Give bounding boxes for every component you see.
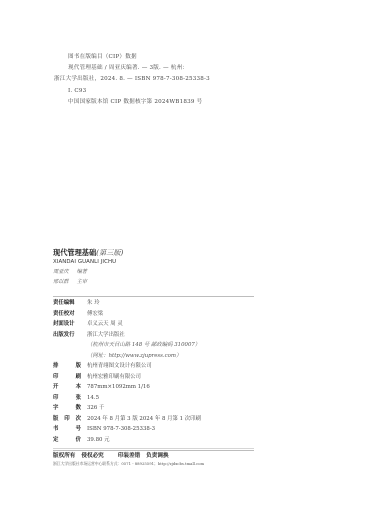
detail-cover-design: 封面设计 卓义云天 周 灵	[53, 319, 201, 330]
detail-label: 定价	[53, 435, 81, 446]
publisher-address: （杭州市天目山路 148 号 邮政编码 310007）	[53, 340, 201, 351]
book-title-block: 现代管理基础(第三版) XIANDAI GUANLI JICHU 周亚庆编著 邢…	[53, 248, 123, 287]
publisher-contact: 浙江大学出版社市场运营中心联系方式：0571 - 88925591；http:/…	[53, 461, 204, 467]
publisher-website: （网址：http://www.zjupress.com）	[53, 351, 201, 362]
divider-bottom-thin	[53, 448, 254, 449]
detail-label: 印刷	[53, 372, 81, 383]
author-name: 周亚庆	[53, 269, 69, 275]
book-title-pinyin: XIANDAI GUANLI JICHU	[53, 258, 123, 267]
book-edition: (第三版)	[96, 248, 123, 257]
detail-label: 字数	[53, 403, 81, 414]
detail-value: 卓义云天 周 灵	[87, 319, 123, 330]
detail-label: 出版发行	[53, 330, 87, 341]
cip-line-4: 中国国家版本馆 CIP 数据核字第 2024WB1839 号	[68, 97, 210, 108]
detail-value: 787mm×1092mm 1/16	[87, 382, 150, 393]
author-credit: 周亚庆编著	[53, 267, 123, 277]
detail-label: 封面设计	[53, 319, 87, 330]
detail-format: 开本 787mm×1092mm 1/16	[53, 382, 201, 393]
copyright-page: 图书在版编目（CIP）数据 现代管理基础 / 周亚庆编著. — 3版. — 杭州…	[0, 0, 375, 516]
detail-proofreader: 责任校对 傅宏梁	[53, 309, 201, 320]
detail-printing: 印刷 杭州宏雅印刷有限公司	[53, 372, 201, 383]
rights-notice: 版权所有侵权必究印装差错负责调换	[53, 452, 175, 461]
reviewer-credit: 邢以群主审	[53, 277, 123, 287]
cip-line-1: 现代管理基础 / 周亚庆编著. — 3版. — 杭州：	[68, 63, 210, 74]
rights-infringement: 侵权必究	[81, 453, 103, 459]
detail-label: 责任编辑	[53, 298, 87, 309]
publication-details: 责任编辑 朱 玲 责任校对 傅宏梁 封面设计 卓义云天 周 灵 出版发行 浙江大…	[53, 298, 201, 445]
cip-line-2: 浙江大学出版社，2024. 8. — ISBN 978-7-308-25338-…	[54, 74, 210, 85]
author-role: 编著	[77, 269, 87, 275]
detail-value: 杭州青翊图文设计有限公司	[87, 361, 152, 372]
detail-typesetting: 排版 杭州青翊图文设计有限公司	[53, 361, 201, 372]
divider-top	[53, 296, 254, 297]
detail-value: 杭州宏雅印刷有限公司	[87, 372, 141, 383]
cip-line-3: Ⅰ. C93	[68, 86, 210, 97]
book-title: 现代管理基础(第三版)	[53, 248, 123, 258]
detail-label: 开本	[53, 382, 81, 393]
detail-price: 定价 39.80 元	[53, 435, 201, 446]
detail-value: 2024 年 8 月第 3 版 2024 年 8 月第 1 次印刷	[87, 414, 201, 425]
rights-printing-errors: 印装差错	[118, 453, 140, 459]
detail-value: 39.80 元	[87, 435, 110, 446]
cip-heading: 图书在版编目（CIP）数据	[68, 52, 210, 63]
detail-sheets: 印张 14.5	[53, 393, 201, 404]
detail-value: 326 千	[87, 403, 104, 414]
detail-label: 责任校对	[53, 309, 87, 320]
detail-label: 版印次	[53, 414, 81, 425]
detail-isbn: 书号 ISBN 978-7-308-25338-3	[53, 424, 201, 435]
rights-all-reserved: 版权所有	[53, 453, 75, 459]
detail-word-count: 字数 326 千	[53, 403, 201, 414]
rights-exchange: 负责调换	[146, 453, 168, 459]
detail-value: 14.5	[87, 393, 99, 404]
book-title-text: 现代管理基础	[53, 248, 96, 257]
detail-publisher: 出版发行 浙江大学出版社	[53, 330, 201, 341]
detail-value: 浙江大学出版社	[87, 330, 125, 341]
reviewer-name: 邢以群	[53, 279, 69, 285]
detail-edition-print: 版印次 2024 年 8 月第 3 版 2024 年 8 月第 1 次印刷	[53, 414, 201, 425]
reviewer-role: 主审	[77, 279, 87, 285]
detail-value: 朱 玲	[87, 298, 100, 309]
detail-label: 印张	[53, 393, 81, 404]
detail-editor: 责任编辑 朱 玲	[53, 298, 201, 309]
divider-bottom	[53, 450, 254, 451]
detail-value: ISBN 978-7-308-25338-3	[87, 424, 155, 435]
detail-value: 傅宏梁	[87, 309, 103, 320]
detail-label: 排版	[53, 361, 81, 372]
cip-data-block: 图书在版编目（CIP）数据 现代管理基础 / 周亚庆编著. — 3版. — 杭州…	[68, 52, 210, 108]
detail-label: 书号	[53, 424, 81, 435]
